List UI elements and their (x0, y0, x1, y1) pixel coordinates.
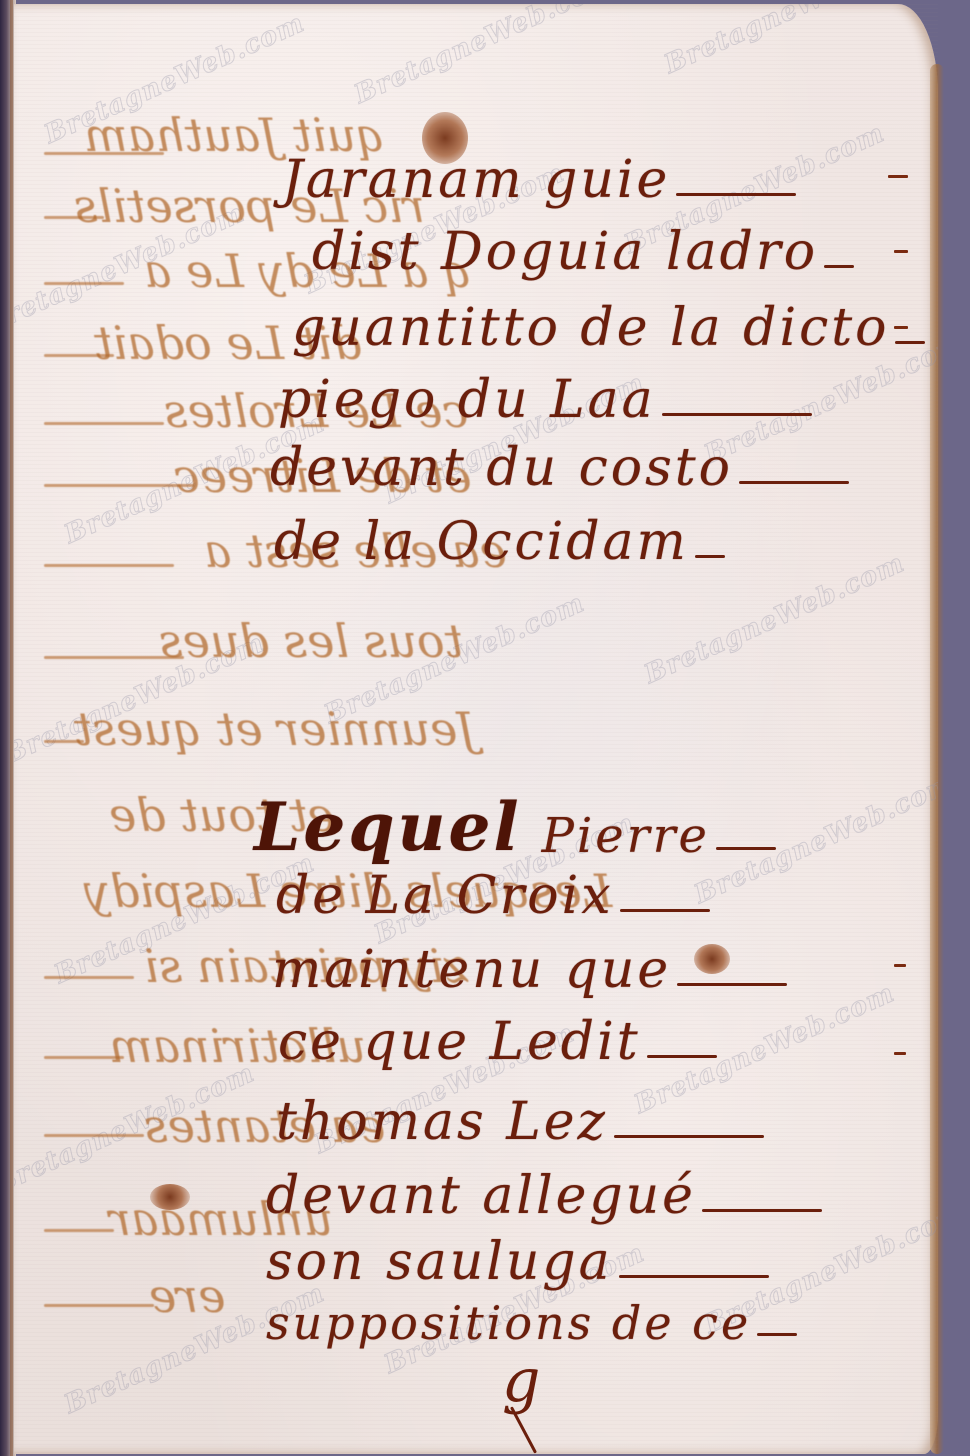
manuscript-line: maintenu que (272, 944, 787, 996)
line-filler-stroke (824, 265, 854, 268)
margin-tick (894, 250, 908, 253)
line-filler-stroke (695, 555, 725, 558)
line-text: guantitto de la dicto (292, 302, 889, 354)
manuscript-line: ce que Ledit (278, 1016, 717, 1068)
manuscript-line: Jaranam guie (282, 154, 796, 206)
line-text: de La Croix (276, 870, 614, 922)
margin-tick (888, 175, 908, 178)
manuscript-line: devant du costo (270, 442, 849, 494)
line-text: ce que Ledit (278, 1016, 641, 1068)
line-filler-stroke (739, 481, 849, 484)
manuscript-heading-line: Lequel Pierre (254, 794, 776, 860)
line-filler-stroke (676, 193, 796, 196)
worn-page-edge (930, 64, 944, 1454)
manuscript-line: dist Doguia ladro (312, 226, 854, 278)
line-filler-stroke (614, 1135, 764, 1138)
manuscript-line: suppositions de ce (266, 1300, 797, 1346)
line-filler-stroke (620, 909, 710, 912)
bleed-rule (44, 564, 174, 567)
bleed-through-text: Jeunnier et quest (74, 702, 476, 756)
margin-tick (894, 326, 908, 329)
margin-tick (894, 1052, 906, 1055)
line-text: son sauluga (266, 1236, 613, 1288)
line-filler-stroke (662, 413, 812, 416)
manuscript-page: BretagneWeb.com BretagneWeb.com Bretagne… (14, 4, 938, 1454)
manuscript-line: guantitto de la dicto (292, 302, 925, 354)
bleed-rule (44, 1134, 144, 1137)
line-filler-stroke (702, 1209, 822, 1212)
margin-tick (894, 964, 906, 967)
bleed-rule (44, 484, 194, 487)
line-filler-stroke (757, 1333, 797, 1336)
line-text: Pierre (542, 812, 710, 860)
heading-text-lequel: Lequel (254, 794, 522, 860)
line-filler-stroke (716, 847, 776, 850)
spine-fold (10, 0, 13, 1456)
bleed-rule (44, 1229, 114, 1232)
line-text: Jaranam guie (282, 154, 670, 206)
bleed-rule (44, 976, 134, 979)
line-text: piego du Laa (278, 374, 656, 426)
manuscript-line: de La Croix (276, 870, 710, 922)
manuscript-line: thomas Lez (276, 1096, 764, 1148)
manuscript-line: son sauluga (266, 1236, 769, 1288)
bleed-through-text: ere (149, 1269, 225, 1323)
line-text: dist Doguia ladro (312, 226, 818, 278)
watermark-text: BretagneWeb.com (660, 4, 929, 80)
bleed-through-text: tous les dues (159, 614, 463, 668)
line-text: devant allegué (266, 1170, 696, 1222)
catchword-flourish: g (502, 1346, 540, 1416)
line-text: suppositions de ce (266, 1300, 751, 1346)
manuscript-line: piego du Laa (278, 374, 812, 426)
watermark-text: BretagneWeb.com (350, 4, 619, 110)
manuscript-line: de la Occidam (274, 516, 725, 568)
bleed-rule (44, 1304, 154, 1307)
line-filler-stroke (677, 983, 787, 986)
bleed-rule (44, 282, 124, 285)
bleed-rule (44, 422, 164, 425)
ink-blot (150, 1184, 190, 1210)
line-filler-stroke (619, 1275, 769, 1278)
line-filler-stroke (647, 1055, 717, 1058)
document-scan: BretagneWeb.com BretagneWeb.com Bretagne… (0, 0, 970, 1456)
line-text: devant du costo (270, 442, 733, 494)
line-filler-stroke (895, 341, 925, 344)
line-text: de la Occidam (274, 516, 689, 568)
line-text: thomas Lez (276, 1096, 608, 1148)
line-text: maintenu que (272, 944, 671, 996)
manuscript-line: devant allegué (266, 1170, 822, 1222)
